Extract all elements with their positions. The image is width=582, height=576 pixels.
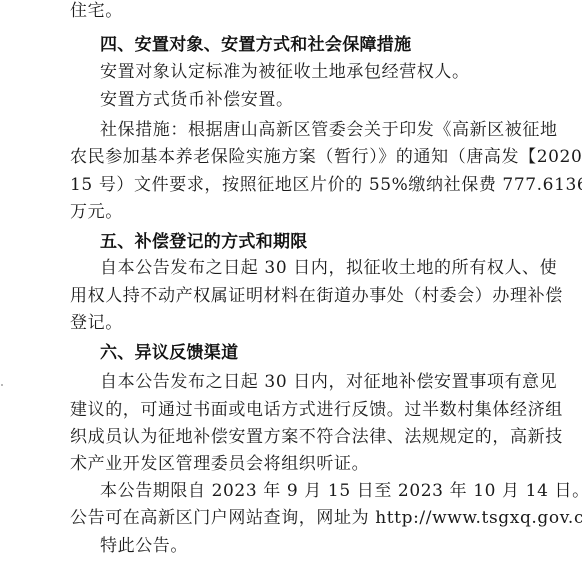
text-line-feedback-1: 自本公告发布之日起 30 日内，对征地补偿安置事项有意见 — [100, 371, 500, 393]
text-line-social-security-2: 农民参加基本养老保险实施方案（暂行）》的通知（唐高发【2020】 — [70, 146, 470, 168]
text-line-closing: 特此公告。 — [100, 535, 500, 557]
section-heading-resettlement: 四、安置对象、安置方式和社会保障措施 — [100, 34, 500, 56]
section-heading-compensation-registration: 五、补偿登记的方式和期限 — [100, 231, 500, 253]
text-line-resettlement-target: 安置对象认定标准为被征收土地承包经营权人。 — [100, 61, 500, 83]
text-line-resettlement-method: 安置方式货币补偿安置。 — [100, 89, 500, 111]
scan-speck — [1, 384, 3, 386]
text-line-feedback-2: 建议的，可通过书面或电话方式进行反馈。过半数村集体经济组 — [70, 399, 470, 421]
text-line-social-security-4: 万元。 — [70, 201, 470, 223]
text-line-continuation-residence: 住宅。 — [70, 0, 470, 22]
text-line-website: 公告可在高新区门户网站查询，网址为 http://www.tsgxq.gov.c… — [70, 507, 470, 529]
text-line-social-security-1: 社保措施：根据唐山高新区管委会关于印发《高新区被征地 — [100, 119, 500, 141]
section-heading-objection-feedback: 六、异议反馈渠道 — [100, 342, 500, 364]
text-line-notice-period: 本公告期限自 2023 年 9 月 15 日至 2023 年 10 月 14 日… — [100, 480, 500, 502]
text-line-registration-2: 用权人持不动产权属证明材料在街道办事处（村委会）办理补偿 — [70, 285, 470, 307]
text-line-registration-1: 自本公告发布之日起 30 日内，拟征收土地的所有权人、使 — [100, 257, 500, 279]
scan-speck — [78, 402, 80, 404]
text-line-social-security-3: 15 号）文件要求，按照征地区片价的 55%缴纳社保费 777.6136 — [70, 174, 470, 196]
document-page: 住宅。 四、安置对象、安置方式和社会保障措施 安置对象认定标准为被征收土地承包经… — [0, 0, 582, 576]
text-line-registration-3: 登记。 — [70, 312, 470, 334]
text-line-feedback-4: 术产业开发区管理委员会将组织听证。 — [70, 453, 470, 475]
text-line-feedback-3: 织成员认为征地补偿安置方案不符合法律、法规规定的，高新技 — [70, 426, 470, 448]
